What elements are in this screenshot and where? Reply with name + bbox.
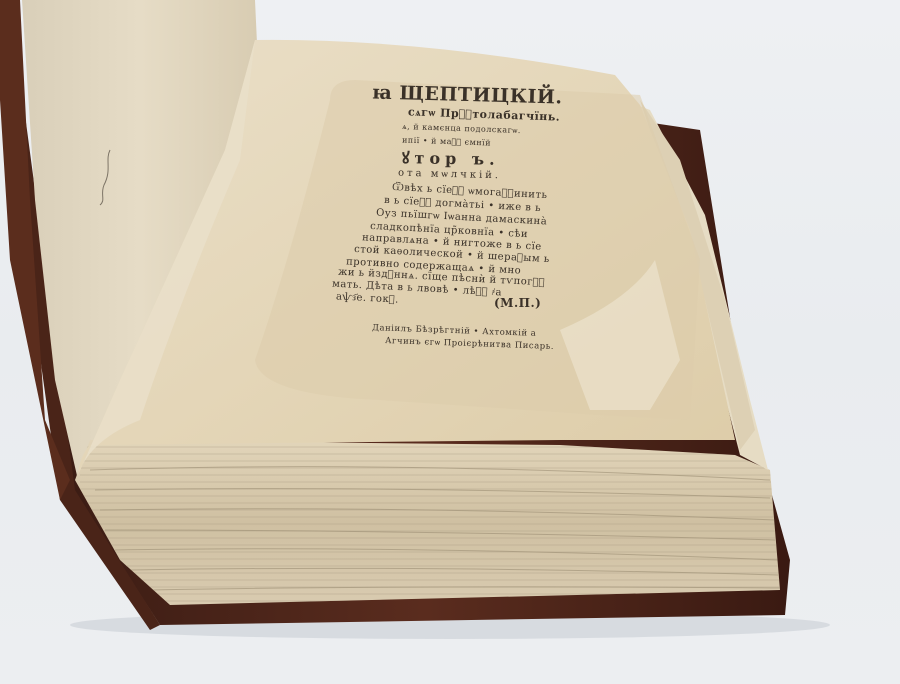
book-photo: ꙗ ЩЕПТИЦКІЙ. сѧгѡ Прⷭ҇толабагчїнь. ѧ, й …	[0, 0, 900, 684]
seal-mark: (М.П.)	[494, 296, 541, 310]
heading-line: ꙋтор ъ.	[402, 146, 500, 170]
